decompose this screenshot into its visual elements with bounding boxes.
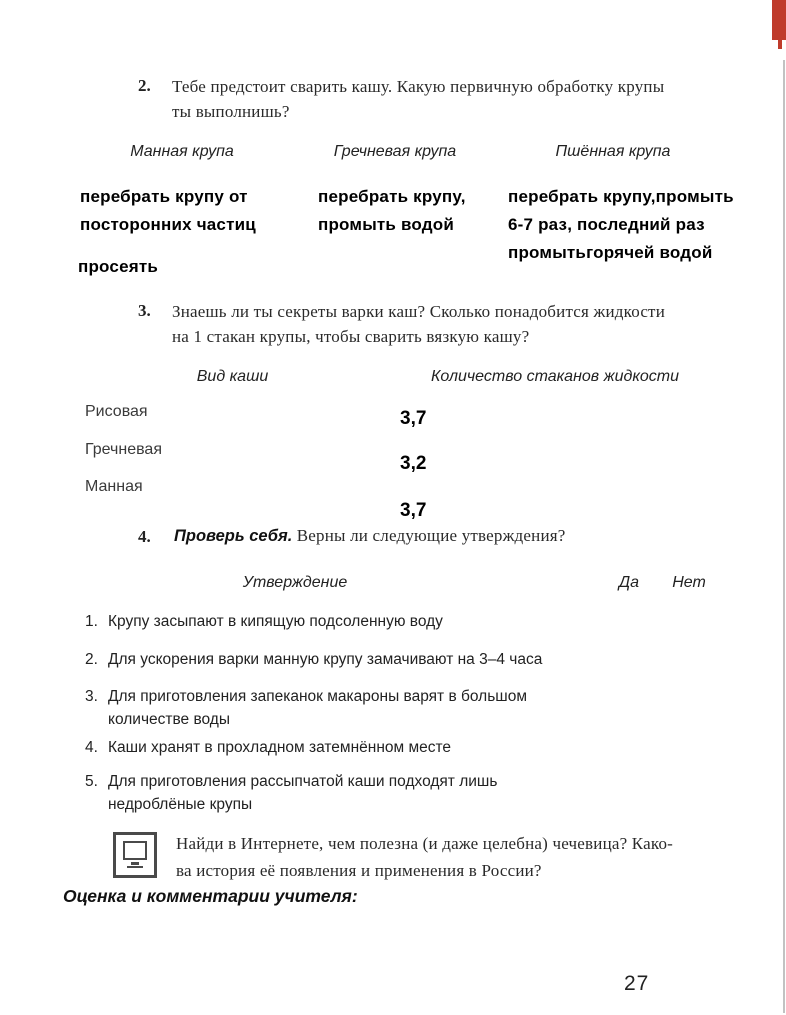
statement-row: 2. Для ускорения варки манную крупу зама… (85, 648, 605, 671)
computer-icon-stand (131, 862, 139, 865)
statement-text: Для приготовления рассыпчатой каши подхо… (108, 770, 497, 816)
computer-icon-screen (123, 841, 147, 860)
statement-text: Для приготовления запеканок макароны вар… (108, 685, 527, 731)
q2-question: Тебе предстоит сварить кашу. Какую перви… (172, 74, 752, 124)
q3-question: Знаешь ли ты секреты варки каш? Сколько … (172, 299, 752, 349)
statement-row: 1. Крупу засыпают в кипящую подсоленную … (85, 610, 585, 633)
q3-row-kind: Рисовая (85, 403, 148, 421)
q4-statement-header: Утверждение (215, 574, 375, 592)
q3-amount-header: Количество стаканов жидкости (405, 368, 705, 386)
scan-edge-line (783, 60, 785, 1013)
q2-col2-header: Гречневая крупа (295, 143, 495, 161)
q4-number: 4. (138, 527, 151, 547)
statement-text: Для ускорения варки манную крупу замачив… (108, 648, 542, 671)
page-number: 27 (624, 972, 649, 996)
q3-row-amount: 3,7 (400, 408, 426, 430)
q3-kind-header: Вид каши (155, 368, 310, 386)
statement-number: 3. (85, 685, 108, 731)
q4-no-header: Нет (663, 574, 715, 592)
q4-lead-rest: Верны ли следующие утверждения? (292, 526, 565, 545)
q2-col1-answer: перебрать крупу от посторонних частиц (80, 183, 315, 239)
workbook-page: { "page": { "number": "27" }, "colors": … (0, 0, 786, 1015)
computer-icon (113, 832, 157, 878)
q3-row-kind: Манная (85, 478, 143, 496)
computer-icon-base (127, 866, 143, 868)
q4-yes-header: Да (605, 574, 653, 592)
q4-lead-bold: Проверь себя. (174, 527, 292, 545)
statement-row: 3. Для приготовления запеканок макароны … (85, 685, 585, 731)
internet-task-text: Найди в Интернете, чем полезна (и даже ц… (176, 830, 761, 884)
q3-row-kind: Гречневая (85, 441, 162, 459)
statement-number: 4. (85, 736, 108, 759)
statement-row: 4. Каши хранят в прохладном затемнённом … (85, 736, 585, 759)
q4-lead: Проверь себя. Верны ли следующие утвержд… (174, 526, 754, 546)
q2-col1-header: Манная крупа (82, 143, 282, 161)
statement-text: Каши хранят в прохладном затемнённом мес… (108, 736, 451, 759)
corner-red-notch (778, 40, 782, 49)
q3-row-amount: 3,7 (400, 500, 426, 522)
q2-number: 2. (138, 76, 151, 96)
corner-red-bar (772, 0, 786, 40)
q3-number: 3. (138, 301, 151, 321)
statement-text: Крупу засыпают в кипящую подсоленную вод… (108, 610, 443, 633)
q2-col2-answer: перебрать крупу, промыть водой (318, 183, 523, 239)
q2-extra-answer: просеять (78, 253, 158, 281)
statement-number: 1. (85, 610, 108, 633)
q2-col3-answer: перебрать крупу,промыть 6-7 раз, последн… (508, 183, 778, 267)
q2-col3-header: Пшённая крупа (513, 143, 713, 161)
statement-number: 5. (85, 770, 108, 816)
q3-row-amount: 3,2 (400, 453, 426, 475)
statement-row: 5. Для приготовления рассыпчатой каши по… (85, 770, 585, 816)
statement-number: 2. (85, 648, 108, 671)
teacher-comments-label: Оценка и комментарии учителя: (63, 886, 358, 907)
